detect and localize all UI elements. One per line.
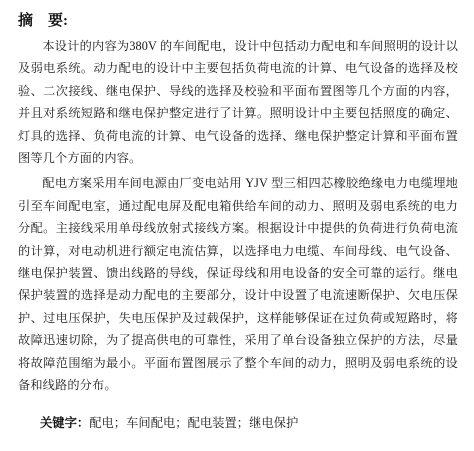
abstract-paragraph-2: 配电方案采用车间电源由厂变电站用 YJV 型三相四芯橡胶绝缘电力电缆埋地引至车间… — [18, 172, 458, 396]
keywords-label: 关键字： — [40, 416, 89, 430]
keywords-line: 关键字：配电；车间配电；配电装置；继电保护 — [40, 412, 458, 434]
abstract-paragraph-1: 本设计的内容为380V 的车间配电，设计中包括动力配电和车间照明的设计以及弱电系… — [18, 35, 458, 169]
keywords-text: 配电；车间配电；配电装置；继电保护 — [89, 416, 298, 430]
abstract-heading: 摘 要: — [18, 10, 458, 32]
abstract-page: 摘 要: 本设计的内容为380V 的车间配电，设计中包括动力配电和车间照明的设计… — [0, 0, 474, 451]
